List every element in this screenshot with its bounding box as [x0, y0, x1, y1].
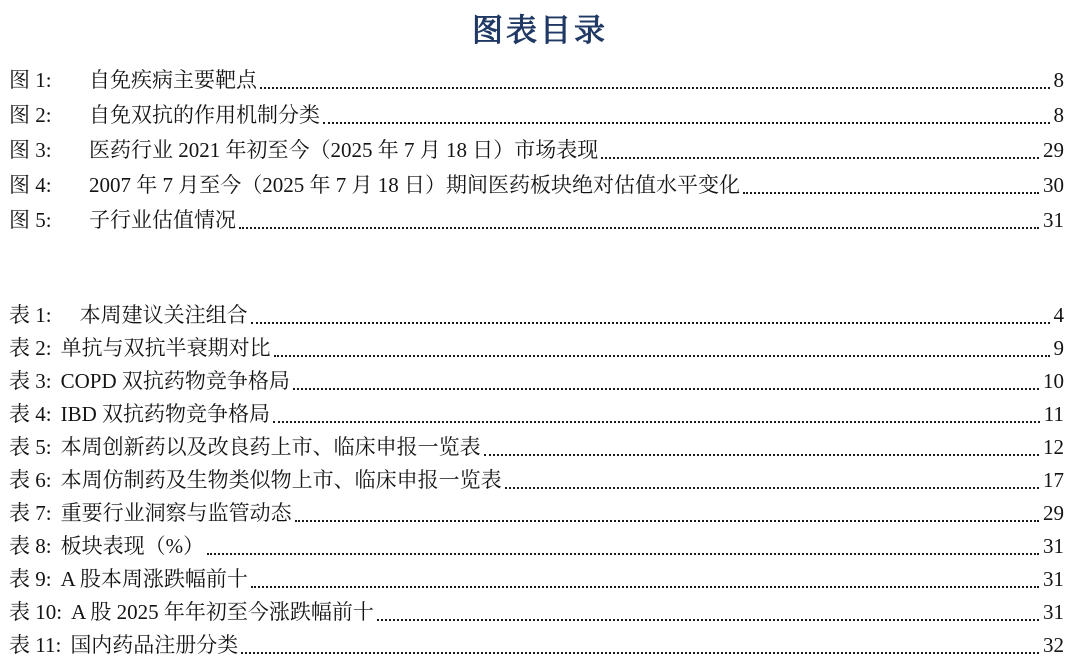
entry-title: 医药行业 2021 年初至今（2025 年 7 月 18 日）市场表现	[89, 133, 598, 168]
entry-title: 重要行业洞察与监管动态	[61, 497, 292, 530]
figure-toc-entry-4[interactable]: 图 4: 2007 年 7 月至今（2025 年 7 月 18 日）期间医药板块…	[9, 168, 1064, 203]
dot-leader-line	[295, 520, 1039, 522]
entry-label: 表 3:	[9, 365, 52, 398]
entry-label: 表 2:	[9, 332, 52, 365]
entry-page-number: 8	[1054, 63, 1065, 98]
entry-label: 图 5:	[9, 203, 89, 238]
entry-page-number: 11	[1044, 398, 1064, 431]
dot-leader-line	[601, 157, 1039, 159]
entry-label: 图 3:	[9, 133, 89, 168]
dot-leader-line	[207, 553, 1039, 555]
table-toc-entry-3[interactable]: 表 3: COPD 双抗药物竞争格局 10	[9, 365, 1064, 398]
entry-title: 本周仿制药及生物类似物上市、临床申报一览表	[61, 464, 502, 497]
table-toc-entry-9[interactable]: 表 9: A 股本周涨跌幅前十 31	[9, 563, 1064, 596]
dot-leader-line	[251, 322, 1050, 324]
entry-title: A 股 2025 年年初至今涨跌幅前十	[71, 596, 374, 629]
figure-toc-entry-5[interactable]: 图 5: 子行业估值情况 31	[9, 203, 1064, 238]
entry-page-number: 30	[1043, 168, 1064, 203]
dot-leader-line	[274, 355, 1050, 357]
figure-toc-entry-2[interactable]: 图 2: 自免双抗的作用机制分类 8	[9, 98, 1064, 133]
entry-title: 2007 年 7 月至今（2025 年 7 月 18 日）期间医药板块绝对估值水…	[89, 168, 740, 203]
dot-leader-line	[273, 421, 1040, 423]
entry-title: 国内药品注册分类	[70, 629, 238, 659]
table-toc-entry-2[interactable]: 表 2: 单抗与双抗半衰期对比 9	[9, 332, 1064, 365]
entry-page-number: 12	[1043, 431, 1064, 464]
dot-leader-line	[484, 454, 1039, 456]
tables-list: 表 1: 本周建议关注组合 4 表 2: 单抗与双抗半衰期对比 9 表 3: C…	[0, 299, 1080, 659]
entry-label: 表 5:	[9, 431, 52, 464]
entry-label: 图 4:	[9, 168, 89, 203]
table-toc-entry-1[interactable]: 表 1: 本周建议关注组合 4	[9, 299, 1064, 332]
entry-label: 表 10:	[9, 596, 62, 629]
entry-title: IBD 双抗药物竞争格局	[61, 398, 270, 431]
dot-leader-line	[239, 227, 1039, 229]
entry-title: 子行业估值情况	[89, 203, 236, 238]
page-title: 图表目录	[0, 5, 1080, 50]
entry-page-number: 17	[1043, 464, 1064, 497]
entry-title: 本周创新药以及改良药上市、临床申报一览表	[61, 431, 481, 464]
dot-leader-line	[293, 388, 1039, 390]
entry-label: 图 2:	[9, 98, 89, 133]
entry-page-number: 9	[1054, 332, 1065, 365]
dot-leader-line	[505, 487, 1039, 489]
dot-leader-line	[743, 192, 1039, 194]
entry-page-number: 10	[1043, 365, 1064, 398]
table-toc-entry-10[interactable]: 表 10: A 股 2025 年年初至今涨跌幅前十 31	[9, 596, 1064, 629]
entry-title: COPD 双抗药物竞争格局	[61, 365, 290, 398]
entry-page-number: 31	[1043, 596, 1064, 629]
entry-page-number: 31	[1043, 563, 1064, 596]
entry-title: 板块表现（%）	[61, 530, 205, 563]
entry-label: 表 4:	[9, 398, 52, 431]
entry-label: 表 1:	[9, 299, 52, 332]
figures-list: 图 1: 自免疾病主要靶点 8 图 2: 自免双抗的作用机制分类 8 图 3: …	[0, 63, 1080, 238]
table-toc-entry-11[interactable]: 表 11: 国内药品注册分类 32	[9, 629, 1064, 659]
entry-title: 自免双抗的作用机制分类	[89, 98, 320, 133]
entry-title: 自免疾病主要靶点	[89, 63, 257, 98]
table-toc-entry-8[interactable]: 表 8: 板块表现（%） 31	[9, 530, 1064, 563]
entry-label: 表 11:	[9, 629, 61, 659]
dot-leader-line	[241, 652, 1039, 654]
table-toc-entry-7[interactable]: 表 7: 重要行业洞察与监管动态 29	[9, 497, 1064, 530]
dot-leader-line	[323, 122, 1050, 124]
entry-title: 本周建议关注组合	[80, 299, 248, 332]
entry-label: 表 9:	[9, 563, 52, 596]
dot-leader-line	[251, 586, 1039, 588]
entry-page-number: 29	[1043, 497, 1064, 530]
entry-page-number: 31	[1043, 203, 1064, 238]
entry-title: A 股本周涨跌幅前十	[61, 563, 248, 596]
table-toc-entry-4[interactable]: 表 4: IBD 双抗药物竞争格局 11	[9, 398, 1064, 431]
entry-label: 表 8:	[9, 530, 52, 563]
entry-page-number: 8	[1054, 98, 1065, 133]
entry-page-number: 32	[1043, 629, 1064, 659]
figure-toc-entry-1[interactable]: 图 1: 自免疾病主要靶点 8	[9, 63, 1064, 98]
entry-page-number: 4	[1054, 299, 1065, 332]
entry-label: 表 7:	[9, 497, 52, 530]
table-toc-entry-5[interactable]: 表 5: 本周创新药以及改良药上市、临床申报一览表 12	[9, 431, 1064, 464]
entry-title: 单抗与双抗半衰期对比	[61, 332, 271, 365]
figure-toc-entry-3[interactable]: 图 3: 医药行业 2021 年初至今（2025 年 7 月 18 日）市场表现…	[9, 133, 1064, 168]
entry-page-number: 29	[1043, 133, 1064, 168]
entry-label: 图 1:	[9, 63, 89, 98]
entry-label: 表 6:	[9, 464, 52, 497]
entry-page-number: 31	[1043, 530, 1064, 563]
dot-leader-line	[260, 87, 1050, 89]
dot-leader-line	[377, 619, 1039, 621]
table-toc-entry-6[interactable]: 表 6: 本周仿制药及生物类似物上市、临床申报一览表 17	[9, 464, 1064, 497]
toc-page: 图表目录 图 1: 自免疾病主要靶点 8 图 2: 自免双抗的作用机制分类 8 …	[0, 5, 1080, 659]
